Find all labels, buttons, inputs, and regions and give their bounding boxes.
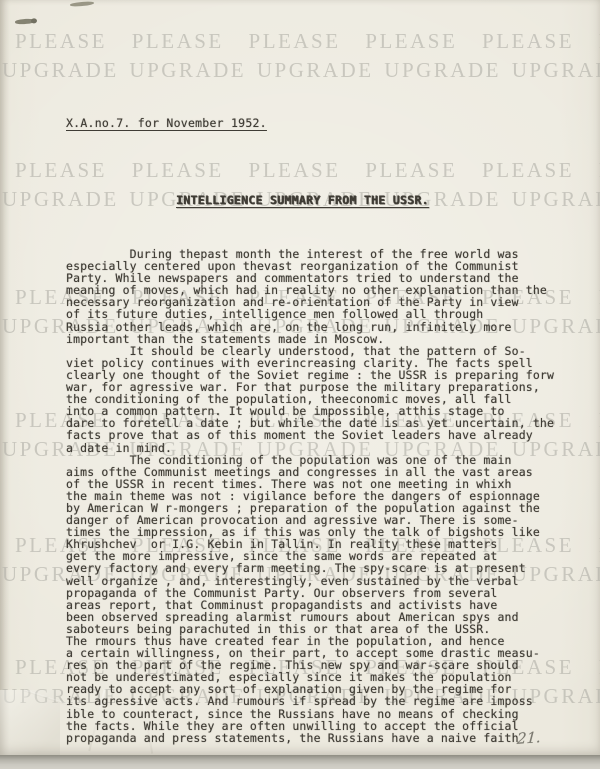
document-page: PLEASE PLEASE PLEASE PLEASE PLEASE PLEAS… [0,0,600,757]
scanner-edge [0,755,600,769]
watermark-please-line: PLEASE PLEASE PLEASE PLEASE PLEASE PLEAS… [0,156,600,185]
document-body: During thepast month the interest of the… [66,248,586,744]
watermark-row: PLEASE PLEASE PLEASE PLEASE PLEASE PLEAS… [0,27,600,85]
document-title: INTELLIGENCE SUMMARY FROM THE USSR. [176,193,429,207]
watermark-upgrade-line: UPGRADE UPGRADE UPGRADE UPGRADE UPGRADE … [0,56,600,85]
handwritten-page-number: 21. [516,728,541,748]
paragraph-3: The conditioning of the population was o… [66,454,586,744]
paragraph-2: It should be clearly understood, that th… [66,345,586,454]
paragraph-1: During thepast month the interest of the… [66,248,586,345]
watermark-please-line: PLEASE PLEASE PLEASE PLEASE PLEASE PLEAS… [0,27,600,56]
document-reference: X.A.no.7. for November 1952. [66,116,267,130]
scanned-document: { "document": { "reference": "X.A.no.7. … [0,0,600,769]
